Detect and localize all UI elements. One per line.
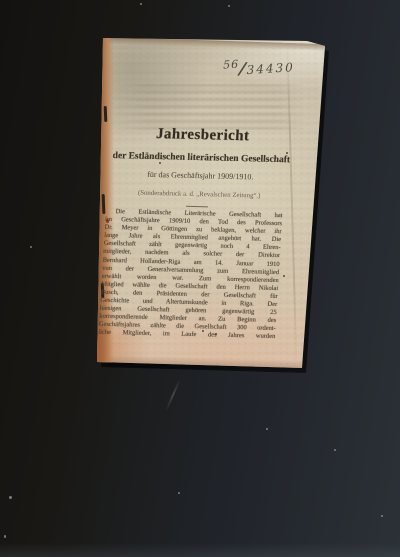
separator-rule	[186, 206, 208, 208]
document-imprint-line: (Sonderabdruck a. d. „Revalschen Zeitung…	[98, 189, 301, 201]
catalog-number-lower: 34430	[246, 60, 295, 77]
dust-speck	[140, 3, 142, 5]
handwritten-catalog-number: 56/34430	[223, 53, 314, 81]
catalog-number-upper: 56	[223, 58, 239, 72]
scratch-mark	[165, 379, 181, 411]
title-page-content: 56/34430 Jahresbericht der Estländischen…	[75, 36, 328, 377]
dust-speck	[334, 449, 336, 451]
document-year-line: für das Geschäftsjahr 1909/1910.	[99, 169, 302, 183]
body-paragraph: Die Estländische Literärische Gesellscha…	[98, 208, 283, 342]
document-subtitle: der Estländischen literärischen Gesellsc…	[100, 151, 304, 166]
dust-speck	[228, 5, 230, 7]
document-title: Jahresbericht	[109, 125, 297, 147]
dust-speck	[178, 492, 180, 494]
photo-background: 56/34430 Jahresbericht der Estländischen…	[0, 0, 400, 557]
dust-speck	[9, 496, 12, 499]
booklet-cover: 56/34430 Jahresbericht der Estländischen…	[95, 36, 328, 372]
dust-speck	[266, 428, 268, 430]
dust-speck	[4, 535, 6, 538]
dust-speck	[30, 246, 32, 248]
dust-speck	[381, 515, 383, 517]
